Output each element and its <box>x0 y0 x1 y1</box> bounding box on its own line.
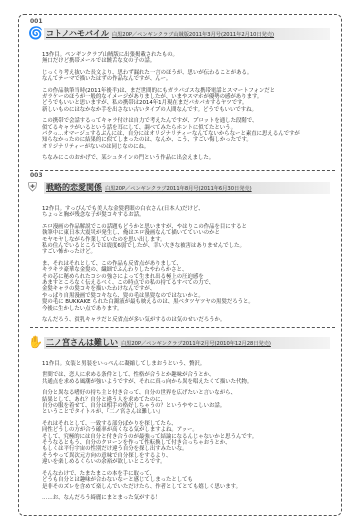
section-header: ✋ 二ノ宮さんは難しい白黒20P／ペンギンクラブ2011年2月号(2010年12… <box>30 335 330 355</box>
paragraph: 世間では、恋人に求める条件として、性格が合うとか趣味が合うとか、 共通点を求める… <box>42 372 330 385</box>
section-body: 11作目。女装と男装をいっぺんに凝縮してしまおうという、贅沢。 世間では、恋人に… <box>30 361 330 501</box>
paragraph: ま、それはそれとして、この作品も反省点がありまして、 キラキラ豪華な金髪の、繊細… <box>42 261 330 312</box>
section-divider <box>30 170 335 171</box>
section-title: 戦略的恋愛関係白黒20P／ペンギンクラブ2011年8月号(2011年6月30日発… <box>46 182 252 195</box>
section-ninomiya: ✋ 二ノ宮さんは難しい白黒20P／ペンギンクラブ2011年2月号(2010年12… <box>30 335 330 506</box>
section-header: 001 🌀 コトノハモバイル白黒20P／ペンギンクラブ山賊版2011年3月号(2… <box>30 26 330 46</box>
title-text: 二ノ宮さんは難しい <box>46 338 118 347</box>
section-title: 二ノ宮さんは難しい白黒20P／ペンギンクラブ2011年2月号(2010年12月2… <box>46 337 271 350</box>
paragraph: 自分と異なる嗜好の持ち主と付き合って、自分の世界を広げたいと言いながら、 結果と… <box>42 390 330 416</box>
paragraph: 12作目。すっぴんでも美人な金髪碧眼の白衣さん(日本人)だけど、 ちょっと胸が残… <box>42 206 330 219</box>
paragraph: そんなわけで、たまたまこの本を手に取って、 どうも自分とは趣味が合わないなーと感… <box>42 471 330 490</box>
section-kotonoha-mobile: 001 🌀 コトノハモバイル白黒20P／ペンギンクラブ山賊版2011年3月号(2… <box>30 26 330 167</box>
section-meta: 白黒20P／ペンギンクラブ山賊版2011年3月号(2011年2月10日発売) <box>112 32 274 38</box>
spiral-icon: 🌀 <box>28 26 42 40</box>
section-number: 001 <box>30 18 43 25</box>
paragraph: ……お、なんだろう綺麗にまとまった気がする！ <box>42 495 330 501</box>
section-header: 003 ⛨ 戦略的恋愛関係白黒20P／ペンギンクラブ2011年8月号(2011年… <box>30 180 330 200</box>
paragraph: じっくり考え抜いた長文より、思わず漏れた一言のほうが、思いが伝わることがある。 … <box>42 70 330 83</box>
hand-icon: ✋ <box>28 335 42 349</box>
section-body: 13作目。ペンギンクラブ山賊版に出張掲載されたもの。 無口だけど携帯メールでは饒… <box>30 52 330 162</box>
section-title: コトノハモバイル白黒20P／ペンギンクラブ山賊版2011年3月号(2011年2月… <box>46 28 274 41</box>
paragraph: それはそれとして、一致する部分ばかりを探してたら、 同性どうしの方が合う確率が高… <box>42 421 330 466</box>
section-number: 003 <box>30 172 43 179</box>
section-meta: 白黒20P／ペンギンクラブ2011年2月号(2010年12月28日発売) <box>121 341 271 347</box>
section-senryakuteki: 003 ⛨ 戦略的恋愛関係白黒20P／ペンギンクラブ2011年8月号(2011年… <box>30 180 330 329</box>
paragraph: なんだろう、貧乳キャラだと反省点が多い気がするのは気のせいだろうか。 <box>42 317 330 323</box>
paragraph: ちなみにこのおかげで、某シュタインの門という作品に出会えました。 <box>42 155 330 161</box>
section-body: 12作目。すっぴんでも美人な金髪碧眼の白衣さん(日本人)だけど、 ちょっと胸が残… <box>30 206 330 324</box>
title-text: コトノハモバイル <box>46 29 109 38</box>
shield-icon: ⛨ <box>28 180 42 194</box>
paragraph: この作品執筆当時(2011年後半)は、まだ世間的にもガラパゴスな携帯電話とスマー… <box>42 88 330 114</box>
paragraph: 11作目。女装と男装をいっぺんに凝縮してしまおうという、贅沢。 <box>42 361 330 367</box>
paragraph: 13作目。ペンギンクラブ山賊版に出張掲載されたもの。 無口だけど携帯メールでは饒… <box>42 52 330 65</box>
title-text: 戦略的恋愛関係 <box>46 183 102 192</box>
section-divider <box>30 327 335 328</box>
paragraph: この携帯で会話するってキャラ付けは自力で考えたんですが、プロットを通した段階で、… <box>42 118 330 150</box>
paragraph: エロ漫画の作品解説でこの話題もどうかと思いますが、やはりこの作品を目にすると 執… <box>42 224 330 256</box>
section-meta: 白黒20P／ペンギンクラブ2011年8月号(2011年6月30日発売) <box>105 186 252 192</box>
